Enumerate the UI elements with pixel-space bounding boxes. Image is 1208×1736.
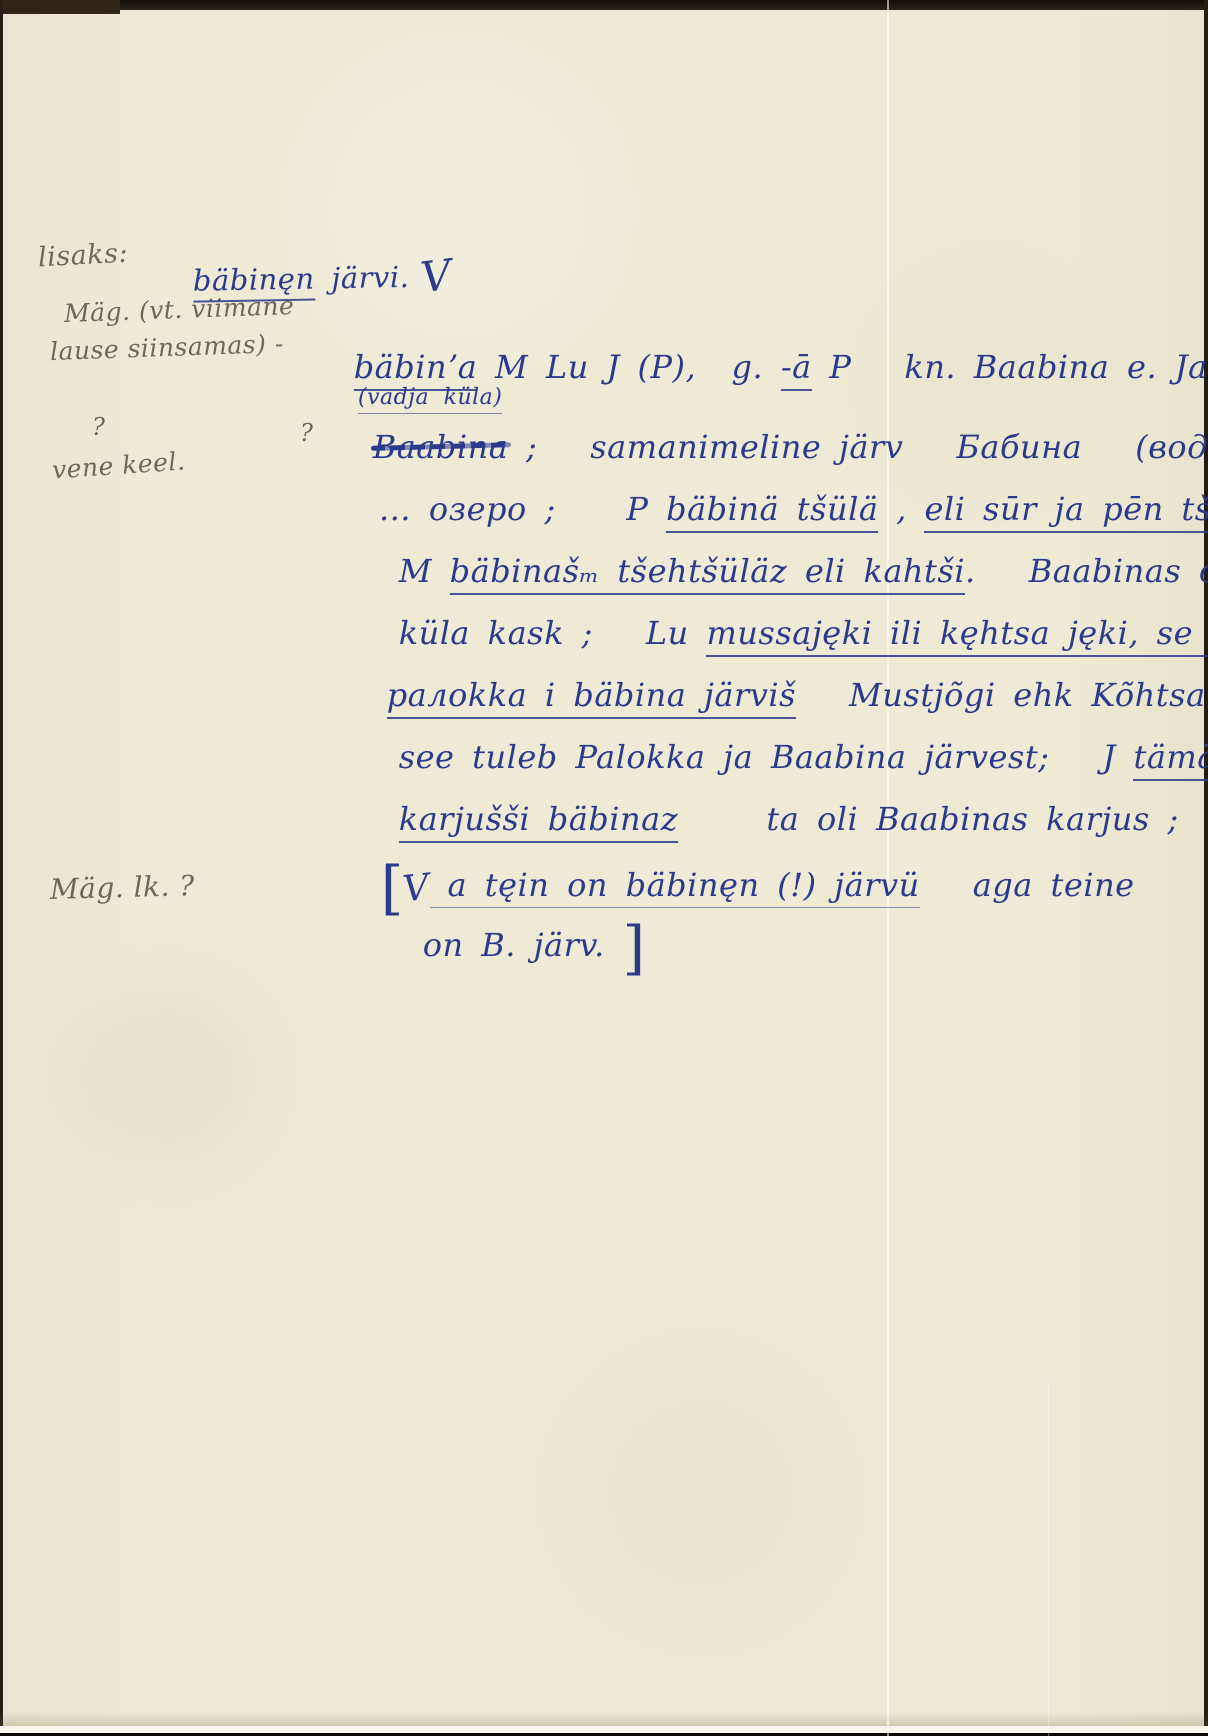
title-dialect-siglum: V (418, 251, 454, 303)
paper-crease-faint (1048, 1380, 1049, 1736)
scan-edge-top-left-corner (0, 0, 120, 14)
title-word-jarvi: järvi. (314, 260, 409, 296)
entry-line-9-end: aga teine (920, 866, 1135, 904)
title-headword: bäbinęn (193, 262, 315, 303)
entry-genitive: -ā (781, 348, 812, 391)
margin-note-lisaks: lisaks: (37, 238, 129, 274)
entry-line-10: on B. järv. ] (352, 878, 645, 1018)
margin-note-vene-keel: vene keel. (51, 447, 186, 485)
scan-edge-bottom-shadow (0, 1712, 1208, 1726)
scanned-card: lisaks: Mäg. (vt. viimane lause siinsama… (0, 0, 1208, 1736)
scan-edge-right (1204, 0, 1208, 1736)
scan-edge-bottom-strip (0, 1726, 1208, 1733)
scan-edge-top (0, 0, 1208, 10)
entry-grammar: M Lu J (P), g. (477, 348, 780, 386)
closing-bracket: ] (623, 914, 646, 982)
margin-note-mag-lk: Mäg. lk. ? (50, 870, 196, 906)
entry-placename-gloss: P kn. Baabina e. Jarvikoištšülä (812, 348, 1208, 386)
entry-line-10-text: on B. järv. (423, 926, 623, 964)
margin-note-question-mark: ? (92, 414, 105, 442)
scan-edge-left (0, 0, 3, 1736)
